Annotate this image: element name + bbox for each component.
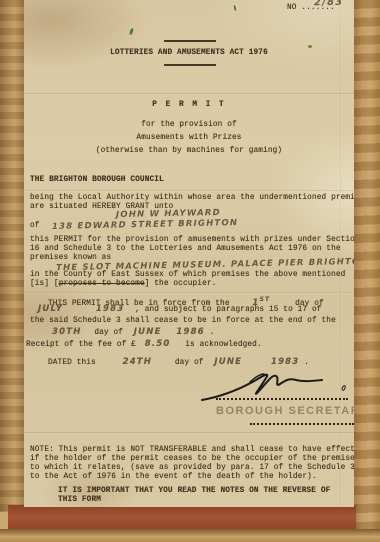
grant-line-1: being the Local Authority within whose a…	[30, 194, 354, 203]
note-line-1: NOTE: This permit is NOT TRANSFERABLE an…	[30, 446, 354, 455]
important-line-2: THIS FORM	[58, 496, 101, 505]
photographed-permit-document: NO ....... 2/83 LOTTERIES AND AMUSEMENTS…	[0, 0, 380, 542]
force-start-year-handwritten: 1983	[96, 304, 124, 314]
album-frame-left-edge	[0, 0, 26, 512]
album-frame-bottom-red-strip	[8, 505, 356, 531]
force-line-4: 30TH day of JUNE 1986 .	[52, 328, 214, 338]
dated-day-handwritten: 24TH	[123, 357, 153, 367]
important-line-1: IT IS IMPORTANT THAT YOU READ THE NOTES …	[58, 487, 330, 496]
dated-line: DATED this 24TH day of JUNE 1983 .	[48, 358, 309, 368]
green-stain-speck	[233, 5, 236, 11]
permit-subtitle-2: Amusements with Prizes	[24, 134, 354, 143]
fee-value-handwritten: 8.50	[145, 339, 171, 349]
note-line-3: to which it relates, (save as provided b…	[30, 464, 354, 473]
of-label: of	[30, 222, 40, 231]
force-start-month-handwritten: JULY	[38, 304, 63, 314]
fee-suffix: is acknowledged.	[185, 341, 261, 349]
permit-subtitle-1: for the provision of	[24, 121, 354, 130]
borough-secretary-stamp: BOROUGH SECRETARY	[216, 405, 354, 417]
occupier-struck-option: proposes to become	[59, 280, 145, 288]
secretary-dotted-line	[250, 423, 354, 425]
occupier-pre: [is] [	[30, 280, 59, 288]
paper-crease	[24, 93, 354, 95]
signature-dotted-line	[216, 398, 348, 400]
dated-year-handwritten: 1983	[271, 357, 299, 367]
occupier-line: [is] [proposes to become] the occupier.	[30, 280, 216, 289]
note-line-2: if the holder of the permit ceases to be…	[30, 455, 354, 464]
act-title: LOTTERIES AND AMUSEMENTS ACT 1976	[24, 49, 354, 58]
paper-crease	[24, 292, 354, 294]
fee-label: Receipt of the fee of £	[26, 341, 136, 349]
force-4a: day of	[94, 329, 123, 337]
dated-mid: day of	[175, 359, 204, 367]
permit-heading: P E R M I T	[24, 101, 354, 110]
paper-crease	[24, 190, 354, 192]
album-frame-bottom-edge	[0, 529, 380, 542]
force-end-year-handwritten: 1986	[176, 327, 204, 337]
force-4b: .	[210, 329, 215, 337]
force-end-day-handwritten: 30TH	[52, 327, 82, 337]
album-frame-right-edge	[352, 0, 380, 542]
force-2: , and subject to paragraphs 15 to 17 of	[135, 306, 321, 314]
green-stain-speck	[129, 28, 134, 36]
title-rule-bottom	[164, 64, 216, 66]
county-line: in the County of East Sussex of which pr…	[30, 271, 345, 280]
dated-month-handwritten: JUNE	[214, 357, 242, 367]
occupier-post: ] the occupier.	[145, 280, 217, 288]
paper-crease	[24, 432, 354, 434]
fee-line: Receipt of the fee of £ 8.50 is acknowle…	[26, 340, 262, 350]
force-start-day-suffix: ST	[260, 296, 271, 303]
title-rule-top	[164, 40, 216, 42]
note-line-4: to the Act of 1976 in the event of the d…	[30, 473, 317, 482]
permit-subtitle-3: (otherwise than by machines for gaming)	[24, 147, 354, 156]
permit-body-1: this PERMIT for the provision of amuseme…	[30, 236, 354, 245]
council-name: THE BRIGHTON BOROUGH COUNCIL	[30, 176, 164, 185]
force-end-month-handwritten: JUNE	[134, 327, 162, 337]
green-stain-speck	[308, 45, 312, 48]
permit-body-2: 16 and Schedule 3 to the Lotteries and A…	[30, 245, 341, 254]
permit-number-value: 2/83	[314, 0, 344, 8]
dated-label: DATED this	[48, 359, 96, 367]
dated-end: .	[304, 359, 309, 367]
permit-paper: NO ....... 2/83 LOTTERIES AND AMUSEMENTS…	[24, 0, 354, 507]
grantee-address-handwritten: 138 EDWARD STREET BRIGHTON	[52, 218, 238, 232]
force-line-2: JULY 1983 , and subject to paragraphs 15…	[38, 305, 322, 315]
force-line-3: the said Schedule 3 shall cease to be in…	[30, 317, 336, 326]
